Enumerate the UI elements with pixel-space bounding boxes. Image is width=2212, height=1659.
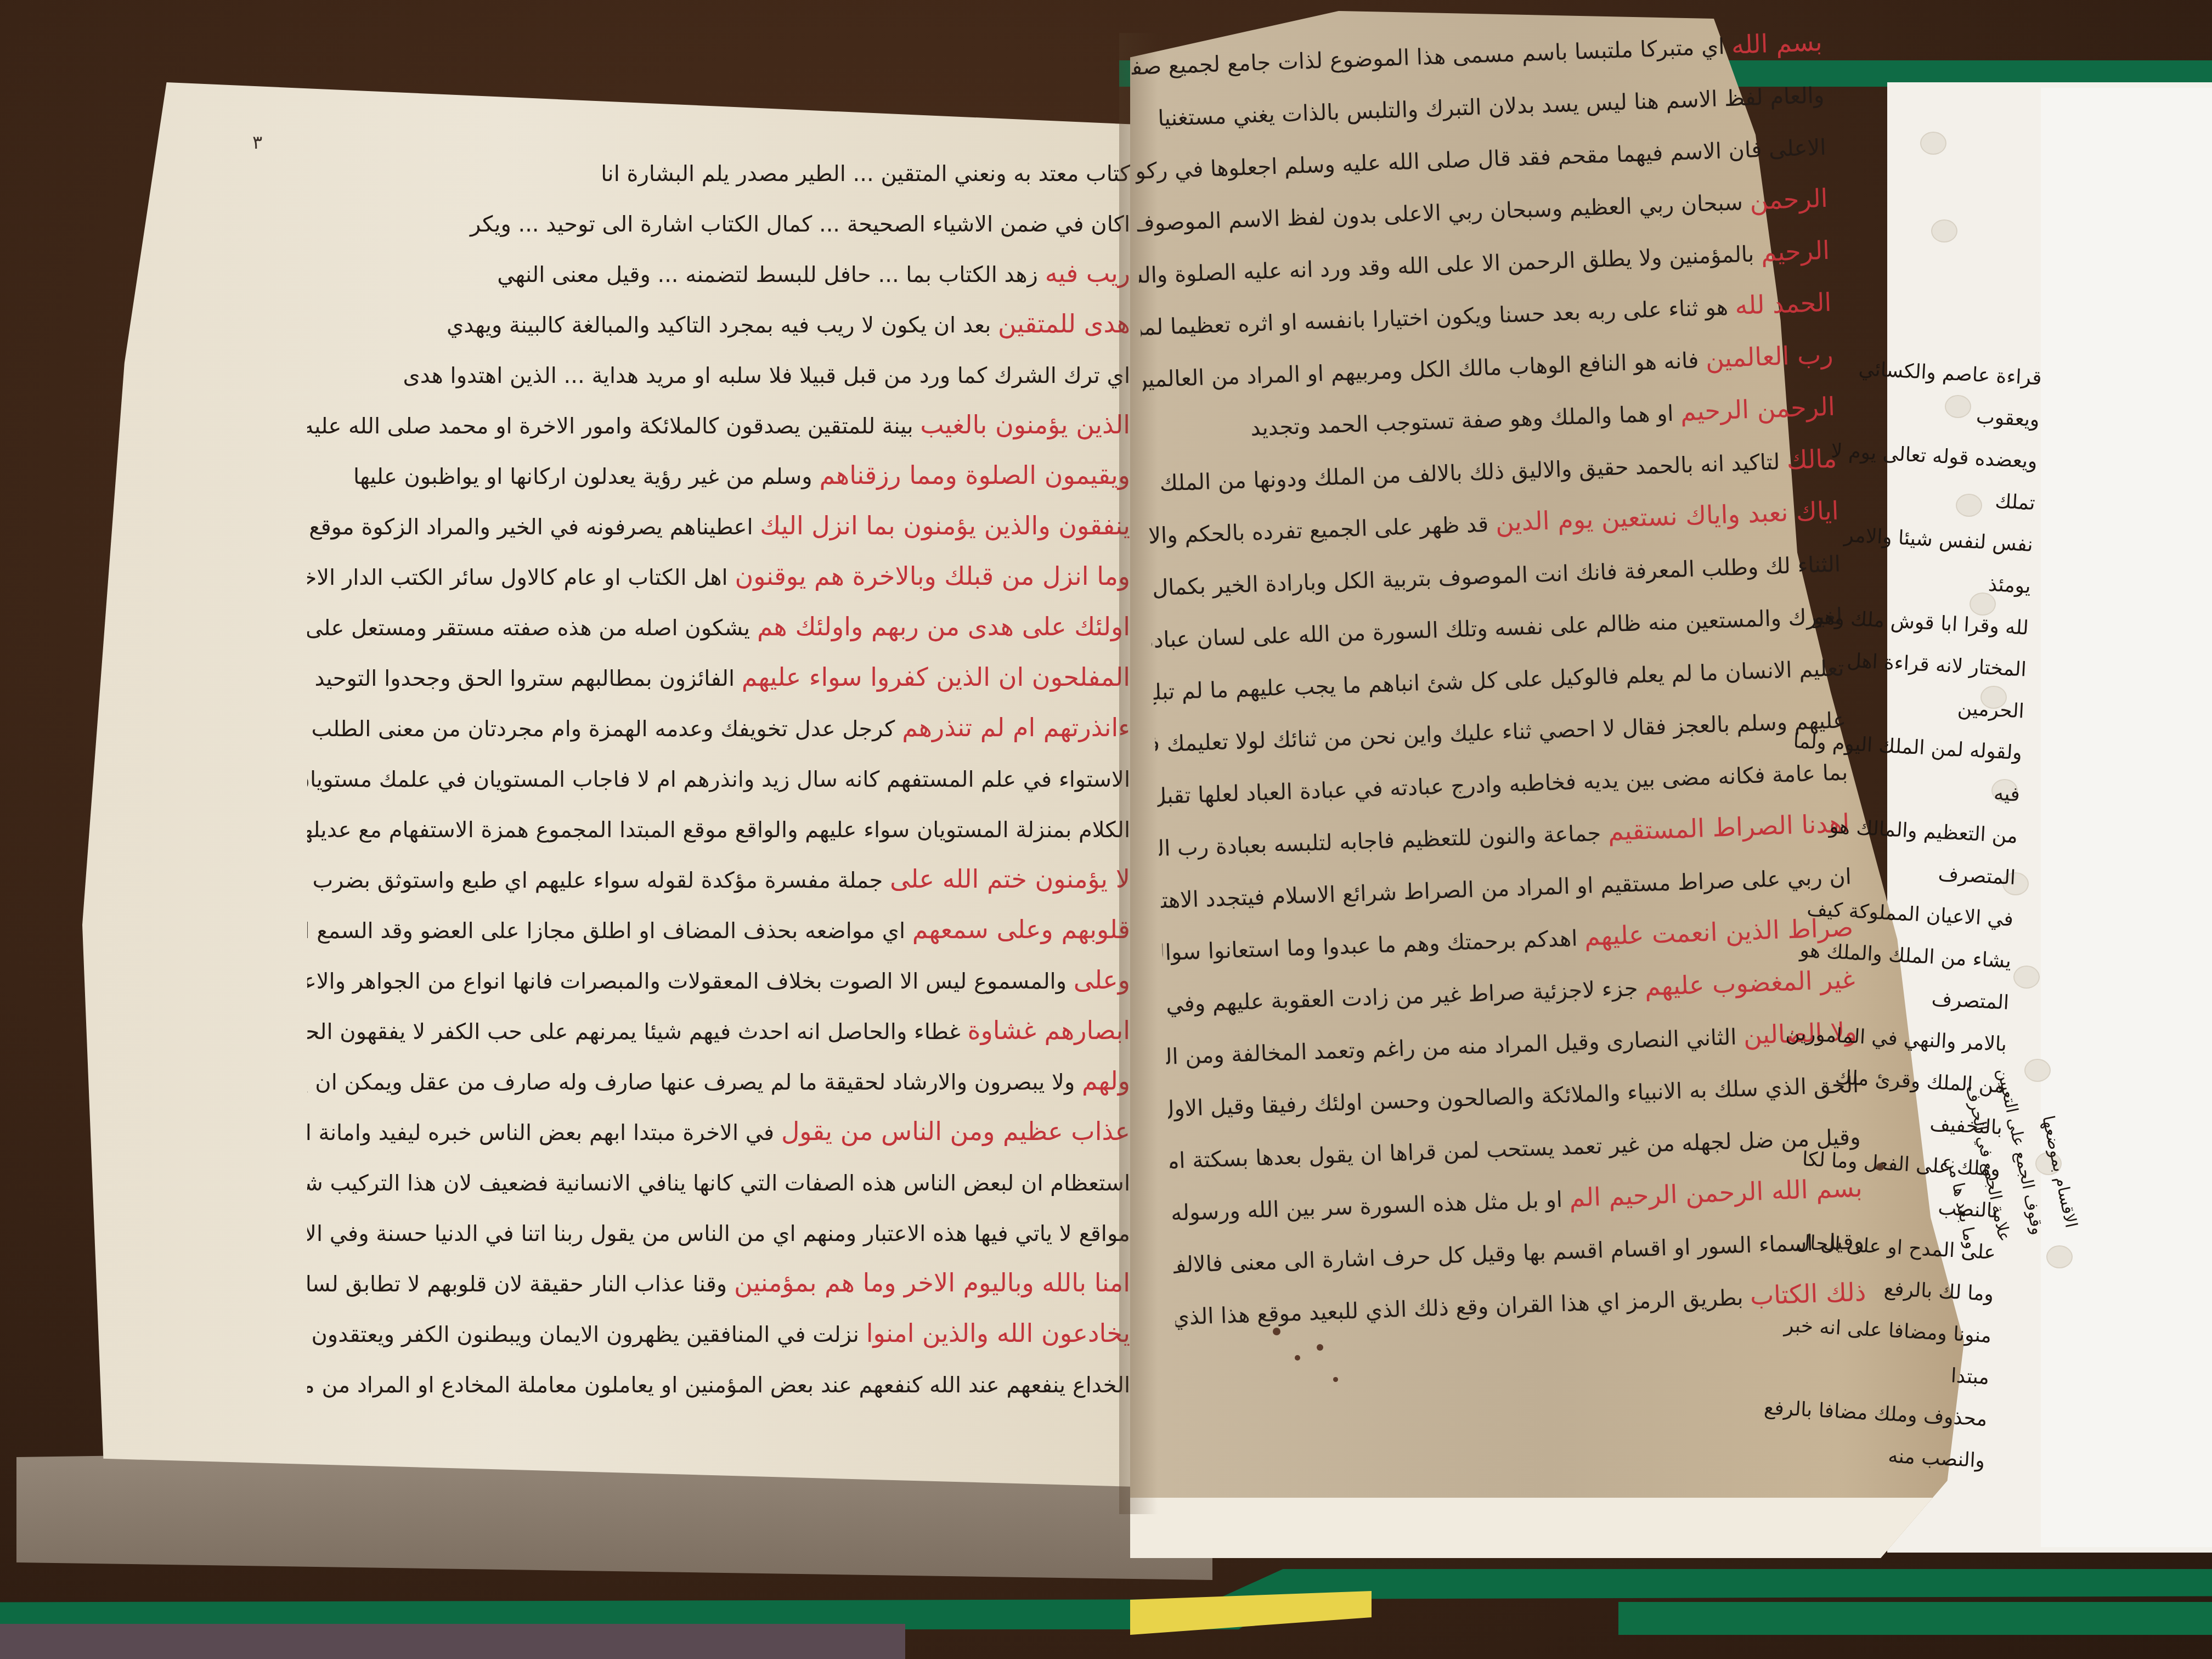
manuscript-photo: ٣ كتاب معتد به ونعني المتقين ... الطير م… — [0, 0, 2212, 1659]
ink-stain — [1333, 1377, 1338, 1382]
text-line: قلوبهم وعلى سمعهم اي مواضعه بحذف المضاف … — [307, 905, 1130, 956]
text-line: اكان في ضمن الاشياء الصحيحة ... كمال الك… — [307, 199, 1130, 249]
text-line: استعظام ان لبعض الناس هذه الصفات التي كا… — [307, 1158, 1130, 1208]
text-line: وما انزل من قبلك وبالاخرة هم يوقنون اهل … — [307, 552, 1130, 602]
yellow-paper-slip — [1130, 1591, 1372, 1635]
left-page-text: كتاب معتد به ونعني المتقين ... الطير مصد… — [307, 148, 1130, 1410]
text-line: ءانذرتهم ام لم تنذرهم كرجل عدل تخويفك وع… — [307, 703, 1130, 754]
margin-line: نفس لنفس شيئا والامر يومئذ — [1799, 512, 2034, 608]
text-line: كتاب معتد به ونعني المتقين ... الطير مصد… — [307, 148, 1130, 199]
text-line: الاستواء في علم المستفهم كانه سال زيد وا… — [307, 754, 1130, 804]
folio-number: ٣ — [252, 132, 262, 154]
perforation-hole — [1920, 132, 1946, 155]
margin-line: قراءة عاصم والكسائي ويعقوب — [1808, 346, 2042, 441]
text-line: الكلام بمنزلة المستويان سواء عليهم والوا… — [307, 804, 1130, 855]
white-paper-backing — [2041, 88, 2212, 1547]
ink-stain — [1273, 1328, 1280, 1335]
ink-stain — [1295, 1355, 1300, 1361]
margin-line: منونا ومضافا على انه خبر مبتدا — [1758, 1304, 1993, 1399]
text-line: المفلحون ان الذين كفروا سواء عليهم الفائ… — [307, 653, 1130, 703]
text-line: هدى للمتقين بعد ان يكون لا ريب فيه بمجرد… — [307, 300, 1130, 350]
text-line: لا يؤمنون ختم الله على جملة مفسرة مؤكدة … — [307, 855, 1130, 905]
margin-line: ولقوله لمن الملك اليوم ولما فيه — [1788, 720, 2023, 816]
text-line: اي ترك الشرك كما ورد من قبل قبيلا فلا سل… — [307, 350, 1130, 400]
text-line: امنا بالله وباليوم الاخر وما هم بمؤمنين … — [307, 1259, 1130, 1309]
ink-stain — [1317, 1344, 1323, 1351]
perforation-hole — [2046, 1245, 2073, 1268]
margin-line: المختار لانه قراءة اهل الحرمين — [1793, 637, 2027, 733]
text-line: ريب فيه زهد الكتاب بما ... حافل للبسط لت… — [307, 249, 1130, 300]
text-line: ويقيمون الصلوة ومما رزقناهم وسلم من غير … — [307, 451, 1130, 501]
text-line: وعلى والمسموع ليس الا الصوت بخلاف المعقو… — [307, 956, 1130, 1006]
text-line: الذين يؤمنون بالغيب بينة للمتقين يصدقون … — [307, 400, 1130, 451]
text-line: ينفقون والذين يؤمنون بما انزل اليك اعطين… — [307, 501, 1130, 552]
text-line: عذاب عظيم ومن الناس من يقول في الاخرة مب… — [307, 1107, 1130, 1158]
text-line: اولئك على هدى من ربهم واولئك هم يشكون اص… — [307, 602, 1130, 653]
surface-fabric — [0, 1624, 905, 1659]
ink-stain — [1876, 1163, 1884, 1171]
text-line: ابصارهم غشاوة غطاء والحاصل انه احدث فيهم… — [307, 1006, 1130, 1057]
text-line: يخادعون الله والذين امنوا نزلت في المناف… — [307, 1309, 1130, 1359]
perforation-hole — [1931, 219, 1957, 242]
text-line: مواقع لا ياتي فيها هذه الاعتبار ومنهم اي… — [307, 1208, 1130, 1259]
right-page-text: بسم الله اي متبركا ملتبسا باسم مسمى هذا … — [1131, 16, 1867, 1343]
torn-paper-edge — [1130, 1498, 1964, 1558]
margin-line: من التعظيم والمالك هو المتصرف — [1784, 804, 2018, 899]
text-line: الخداع ينفعهم عند الله كنفعهم عند بعض ال… — [307, 1359, 1130, 1410]
text-line: ولهم ولا يبصرون والارشاد لحقيقة ما لم يص… — [307, 1057, 1130, 1107]
green-cloth-right — [1618, 1602, 2212, 1635]
margin-line: ويعضده قوله تعالى يوم لا تملك — [1804, 429, 2038, 524]
